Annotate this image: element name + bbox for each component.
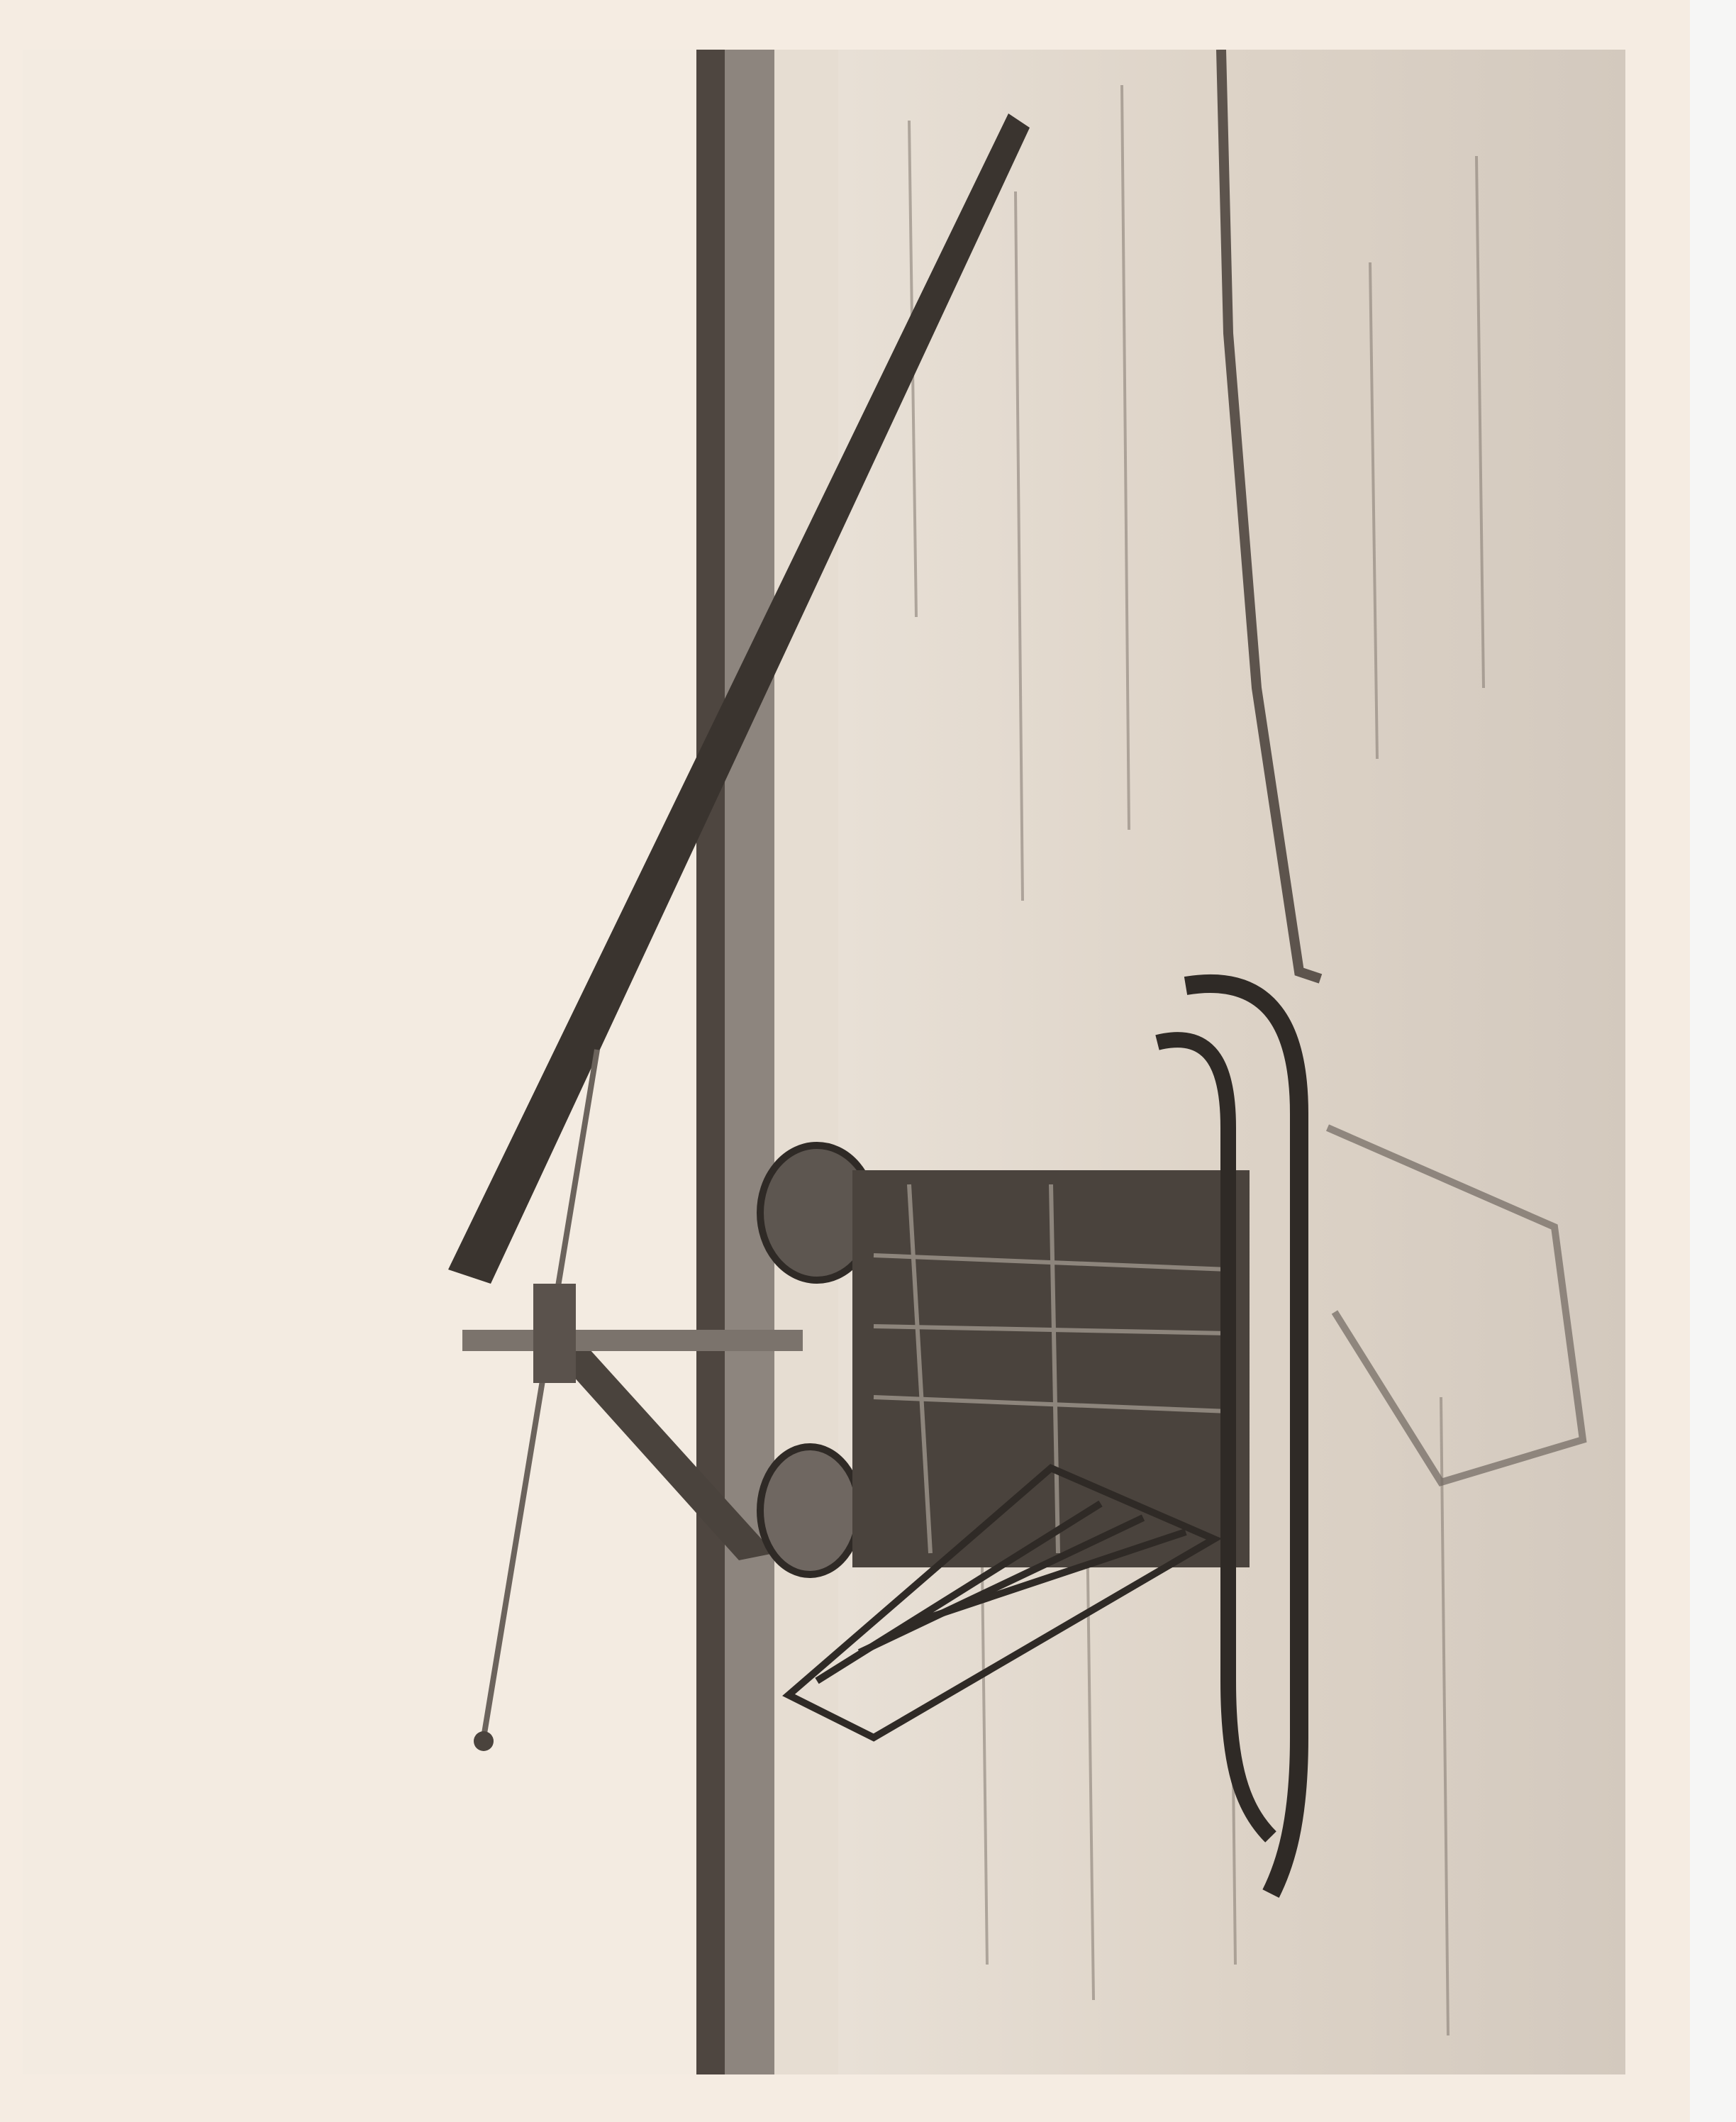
photograph	[23, 50, 1625, 2074]
horizon-treeline	[696, 50, 725, 2074]
bubble-canopy-lower	[760, 1447, 859, 1574]
scanner-background	[1690, 0, 1736, 2122]
photo-paper	[0, 0, 1690, 2122]
rotor-mast	[462, 1330, 803, 1351]
helicopter-photo-illustration	[23, 50, 1625, 2074]
